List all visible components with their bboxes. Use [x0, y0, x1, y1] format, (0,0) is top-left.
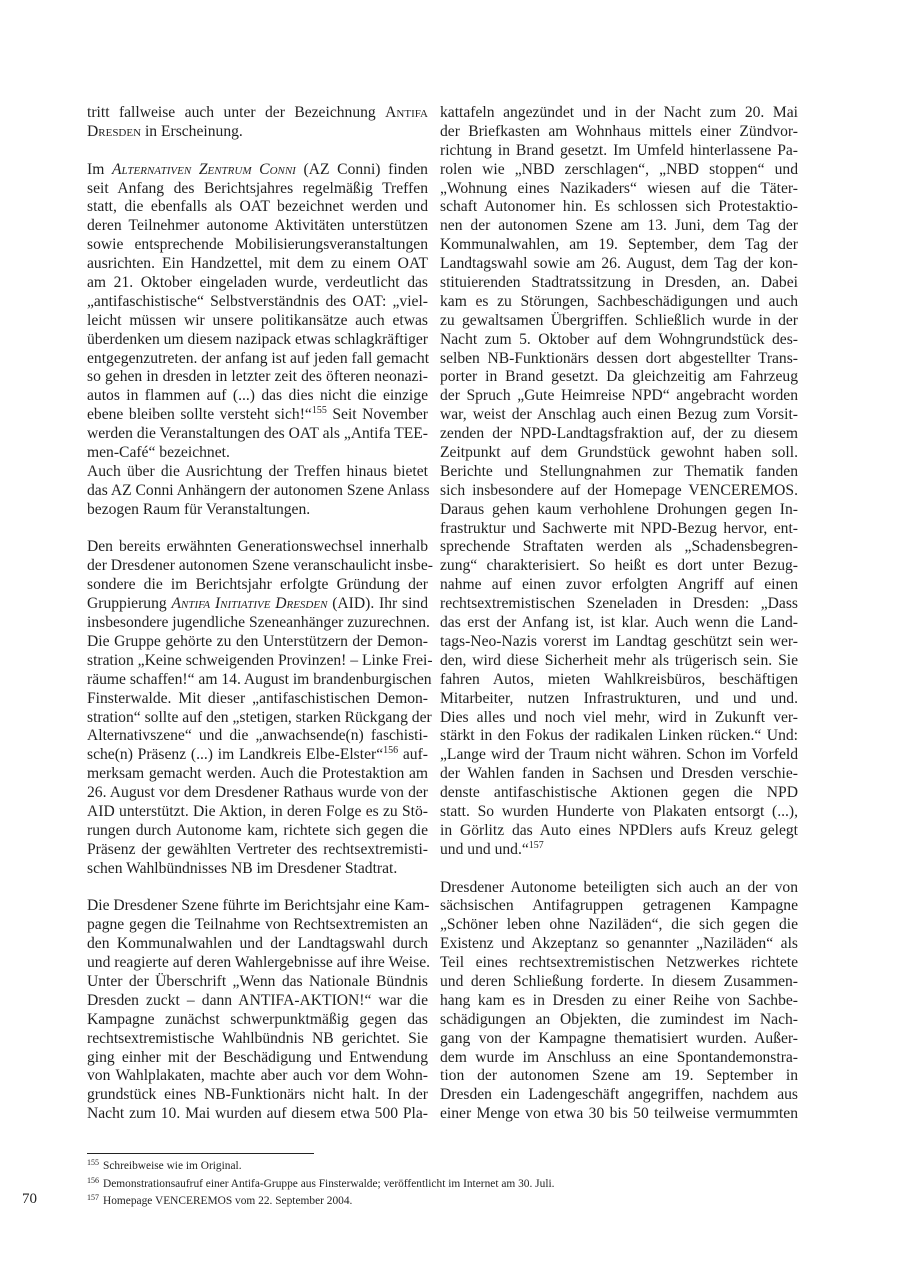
text-line: fahren Autos, mieten Wahlkreisbüros, bes… — [440, 671, 798, 690]
text-line: tags-Neo-Nazis vorerst im Landtag geschü… — [440, 633, 798, 652]
text-line: räume schaffen!“ am 14. August im brande… — [87, 671, 428, 690]
text-line: rechtsextremistische Wahlbündnis NB geri… — [87, 1030, 428, 1049]
text-line: gang von der Kampagne thematisiert wurde… — [440, 1030, 798, 1049]
text-line: rungen durch Autonome kam, richtete sich… — [87, 822, 428, 841]
text-line: men-Café“ bezeichnet. — [87, 444, 428, 463]
text-line: „Schöner leben ohne Naziläden“, die sich… — [440, 916, 798, 935]
text-line: Kommunalwahlen, am 19. September, dem Ta… — [440, 236, 798, 255]
text-line: nahme auf einen zuvor erfolgten Angriff … — [440, 576, 798, 595]
text-line: insbesondere jugendliche Szeneanhänger z… — [87, 614, 428, 633]
paragraph: tritt fallweise auch unter der Bezeichnu… — [87, 104, 428, 142]
text-line: Daraus gehen kaum verhohlene Drohungen g… — [440, 501, 798, 520]
text-line: von Wahlplakaten, machte aber auch vor d… — [87, 1067, 428, 1086]
text-line: den Kommunalwahlen und der Landtagswahl … — [87, 935, 428, 954]
text-line: kattafeln angezündet und in der Nacht zu… — [440, 104, 798, 123]
footnote-156: 156Demonstrationsaufruf einer Antifa-Gru… — [87, 1176, 787, 1194]
text-line: stration „Keine schweigenden Provinzen! … — [87, 652, 428, 671]
text-line: statt, die ebenfalls als OAT bezeichnet … — [87, 198, 428, 217]
text-line: sowie entsprechende Mobilisierungsverans… — [87, 236, 428, 255]
text-line: Existenz und Akzeptanz so genannter „Naz… — [440, 935, 798, 954]
text-line: zung“ charakterisiert. So heißt es dort … — [440, 557, 798, 576]
text-line: werden die Veranstaltungen des OAT als „… — [87, 425, 428, 444]
text-line: so gehen in dresden in letzter zeit des … — [87, 368, 428, 387]
paragraph-gap — [87, 520, 428, 539]
emphasized-name: Dresden — [87, 123, 141, 140]
page-number: 70 — [22, 1191, 37, 1208]
text-line: am 21. Oktober eingeladen wurde, verdeut… — [87, 274, 428, 293]
text-line: merksam gemacht werden. Auch die Protest… — [87, 765, 428, 784]
text-line: Präsenz der gewählten Vertreter des rech… — [87, 841, 428, 860]
text-line: Dresden in Erscheinung. — [87, 123, 428, 142]
text-line: porter in Brand gesetzt. Da gleichzeitig… — [440, 368, 798, 387]
text-line: pagne gegen die Teilnahme von Rechtsextr… — [87, 916, 428, 935]
text-line: tion der autonomen Szene am 19. Septembe… — [440, 1067, 798, 1086]
text-line: Berichte und Stellungnahmen zur Thematik… — [440, 463, 798, 482]
text-line: sächsischen Antifagruppen getragenen Kam… — [440, 897, 798, 916]
text-line: tritt fallweise auch unter der Bezeichnu… — [87, 104, 428, 123]
text-line: „Wohnung eines Nazikaders“ wiesen auf di… — [440, 180, 798, 199]
text-line: AID unterstützt. Die Aktion, in deren Fo… — [87, 803, 428, 822]
text-line: richtung in Brand gesetzt. Im Umfeld hin… — [440, 142, 798, 161]
text-line: zenden der NPD-Landtagsfraktion auf, der… — [440, 425, 798, 444]
text-line: den, wird diese Sicherheit mehr als trüg… — [440, 652, 798, 671]
text-line: Zeitpunkt auf dem Grundstück gewohnt hab… — [440, 444, 798, 463]
text-line: schen Wahlbündnisses NB im Dresdener Sta… — [87, 860, 428, 879]
text-line: leicht müssen wir unsere politikansätze … — [87, 312, 428, 331]
text-line: das erst der Anfang ist, ist klar. Auch … — [440, 614, 798, 633]
text-line: stituierenden Stadtratssitzung in Dresde… — [440, 274, 798, 293]
paragraph-gap — [87, 142, 428, 161]
text-line: ging einher mit der Beschädigung und Ent… — [87, 1049, 428, 1068]
text-line: Auch über die Ausrichtung der Treffen hi… — [87, 463, 428, 482]
text-line: Finsterwalde. Mit dieser „antifaschistis… — [87, 690, 428, 709]
text-line: nen der autonomen Szene am 13. Juni, dem… — [440, 217, 798, 236]
text-line: entgegenzutreten. der anfang ist auf jed… — [87, 350, 428, 369]
text-line: Die Gruppe gehörte zu den Unterstützern … — [87, 633, 428, 652]
paragraph: Im Alternativen Zentrum Conni (AZ Conni)… — [87, 161, 428, 520]
text-line: Den bereits erwähnten Generationswechsel… — [87, 538, 428, 557]
paragraph: kattafeln angezündet und in der Nacht zu… — [440, 104, 798, 860]
footnotes: 155Schreibweise wie im Original. 156Demo… — [87, 1158, 787, 1211]
text-line: sondere die im Berichtsjahr erfolgte Grü… — [87, 576, 428, 595]
text-line: der Dresdener autonomen Szene veranschau… — [87, 557, 428, 576]
text-line: überdenken um diesem nazipack etwas schl… — [87, 331, 428, 350]
paragraph: Die Dresdener Szene führte im Berichtsja… — [87, 897, 428, 1124]
text-line: grundstück eines NB-Funktionärs nicht ha… — [87, 1086, 428, 1105]
text-line: und und und.“157 — [440, 841, 798, 860]
right-column: kattafeln angezündet und in der Nacht zu… — [440, 104, 798, 1124]
text-line: schaft Autonomer hin. Es schlossen sich … — [440, 198, 798, 217]
text-line: kam es zu Störungen, Sachbeschädigungen … — [440, 293, 798, 312]
text-line: dem wurde im Anschluss an eine Spontande… — [440, 1049, 798, 1068]
footnote-reference[interactable]: 157 — [529, 840, 544, 851]
text-line: sich insbesondere auf der Homepage VENCE… — [440, 482, 798, 501]
text-line: Im Alternativen Zentrum Conni (AZ Conni)… — [87, 161, 428, 180]
text-line: der Briefkasten am Wohnhaus mittels eine… — [440, 123, 798, 142]
text-line: schädigungen an Objekten, die zumindest … — [440, 1011, 798, 1030]
text-line: und deren Schließung forderte. In diesem… — [440, 973, 798, 992]
text-line: Dresdener Autonome beteiligten sich auch… — [440, 879, 798, 898]
text-line: „Lange wird der Traum nicht währen. Scho… — [440, 746, 798, 765]
footnote-divider — [87, 1153, 314, 1154]
text-line: rolen wie „NBD zerschlagen“, „NBD stoppe… — [440, 161, 798, 180]
footnote-157: 157Homepage VENCEREMOS vom 22. September… — [87, 1193, 787, 1211]
paragraph: Den bereits erwähnten Generationswechsel… — [87, 538, 428, 878]
text-line: selben NB-Funktionärs dessen dort abgest… — [440, 350, 798, 369]
text-line: denste antifaschistische Aktionen gegen … — [440, 784, 798, 803]
text-line: Gruppierung Antifa Initiative Dresden (A… — [87, 595, 428, 614]
emphasized-name: Antifa — [385, 104, 428, 121]
text-line: Nacht zum 5. Oktober auf dem Wohngrundst… — [440, 331, 798, 350]
text-line: Mitarbeiter, nutzen Infrastrukturen, und… — [440, 690, 798, 709]
text-line: sprechende Straftaten werden als „Schade… — [440, 538, 798, 557]
text-line: Teil eines rechtsextremistischen Netzwer… — [440, 954, 798, 973]
text-line: Unter der Überschrift „Wenn das National… — [87, 973, 428, 992]
paragraph: Dresdener Autonome beteiligten sich auch… — [440, 879, 798, 1125]
text-line: ebene bleiben sollte versteht sich!“155 … — [87, 406, 428, 425]
text-line: Dies alles und noch viel mehr, wird in Z… — [440, 709, 798, 728]
text-line: Landtagswahl sowie am 26. August, dem Ta… — [440, 255, 798, 274]
text-line: ausrichten. Ein Handzettel, mit dem zu e… — [87, 255, 428, 274]
text-line: sche(n) Präsenz (...) im Landkreis Elbe-… — [87, 746, 428, 765]
left-column: tritt fallweise auch unter der Bezeichnu… — [87, 104, 428, 1124]
text-line: Dresden zuckt – dann ANTIFA-AKTION!“ war… — [87, 992, 428, 1011]
text-line: frastruktur und Sachwerte mit NPD-Bezug … — [440, 520, 798, 539]
emphasized-name: Antifa Initiative Dresden — [171, 595, 327, 612]
text-line: seit Anfang des Berichtsjahres regelmäßi… — [87, 180, 428, 199]
text-line: war, weist der Anschlag auch einen Bezug… — [440, 406, 798, 425]
text-line: Die Dresdener Szene führte im Berichtsja… — [87, 897, 428, 916]
text-line: stärkt in den Fokus der radikalen Linken… — [440, 727, 798, 746]
text-line: in Görlitz das Auto eines NPDlers aufs K… — [440, 822, 798, 841]
text-line: statt. So wurden Hunderte von Plakaten e… — [440, 803, 798, 822]
text-line: und reagierte auf deren Wahlergebnisse a… — [87, 954, 428, 973]
emphasized-name: Alternativen Zentrum Conni — [112, 161, 296, 178]
text-line: der Wahlen fanden in Sachsen und Dresden… — [440, 765, 798, 784]
text-line: hang kam es in Dresden zu einer Reihe vo… — [440, 992, 798, 1011]
text-line: Dresden ein Ladengeschäft angegriffen, n… — [440, 1086, 798, 1105]
text-line: Alternativszene“ und die „anwachsende(n)… — [87, 727, 428, 746]
text-line: stration“ sollte auf den „stetigen, star… — [87, 709, 428, 728]
text-line: zu gewaltsamen Übergriffen. Schließlich … — [440, 312, 798, 331]
footnote-reference[interactable]: 156 — [383, 745, 398, 756]
text-line: rechtsextremistischen Szeneladen in Dres… — [440, 595, 798, 614]
text-line: autos in flammen auf (...) das dies nich… — [87, 387, 428, 406]
text-line: der Spruch „Gute Heimreise NPD“ angebrac… — [440, 387, 798, 406]
text-line: deren Teilnehmer autonome Aktivitäten un… — [87, 217, 428, 236]
text-line: „antifaschistische“ Selbstverständnis de… — [87, 293, 428, 312]
text-line: das AZ Conni Anhängern der autonomen Sze… — [87, 482, 428, 501]
footnote-155: 155Schreibweise wie im Original. — [87, 1158, 787, 1176]
text-line: einer Menge von etwa 30 bis 50 teilweise… — [440, 1105, 798, 1124]
text-line: Kampagne zunächst schwerpunktmäßig gegen… — [87, 1011, 428, 1030]
text-line: 26. August vor dem Dresdener Rathaus wur… — [87, 784, 428, 803]
text-line: bezogen Raum für Veranstaltungen. — [87, 501, 428, 520]
footnote-reference[interactable]: 155 — [312, 405, 327, 416]
paragraph-gap — [440, 860, 798, 879]
paragraph-gap — [87, 879, 428, 898]
text-line: Nacht zum 10. Mai wurden auf diesem etwa… — [87, 1105, 428, 1124]
